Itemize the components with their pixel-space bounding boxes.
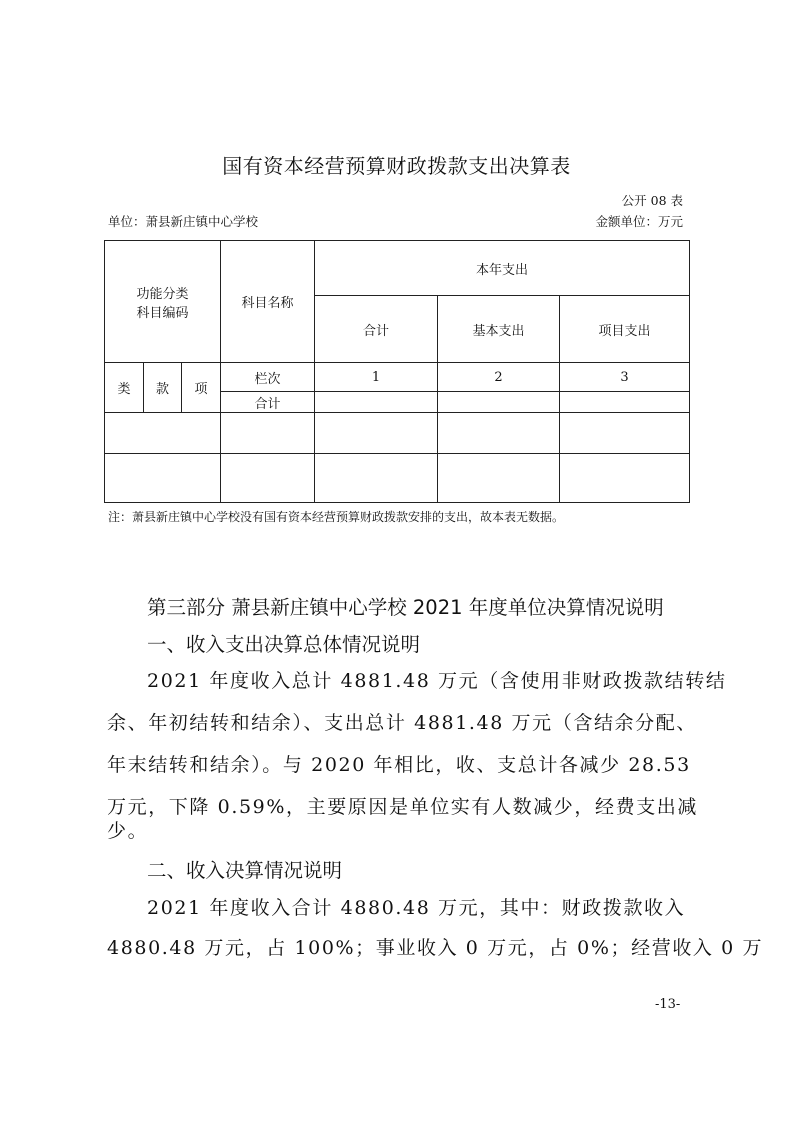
header-func-code: 功能分类 科目编码 [105, 241, 221, 363]
header-current-year: 本年支出 [315, 241, 690, 296]
paragraph-line: 少。 [107, 816, 148, 843]
header-project: 项目支出 [560, 296, 690, 363]
form-number: 公开 08 表 [622, 191, 683, 209]
amount-unit: 金额单位：万元 [595, 212, 683, 230]
header-kuan: 款 [144, 363, 182, 413]
paragraph-line: 余、年初结转和结余）、支出总计 4881.48 万元（含结余分配、 [107, 708, 697, 735]
header-basic: 基本支出 [438, 296, 560, 363]
table-note: 注：萧县新庄镇中心学校没有国有资本经营预算财政拨款安排的支出，故本表无数据。 [108, 508, 564, 525]
paragraph-line: 万元，下降 0.59%，主要原因是单位实有人数减少，经费支出减 [107, 792, 698, 819]
table-title: 国有资本经营预算财政拨款支出决算表 [0, 150, 793, 179]
table-row [105, 454, 690, 503]
sum-basic [438, 392, 560, 413]
unit-label: 单位：萧县新庄镇中心学校 [108, 212, 258, 230]
section2-title: 二、收入决算情况说明 [147, 855, 342, 883]
column-no-label: 栏次 [221, 363, 315, 392]
header-total: 合计 [315, 296, 438, 363]
table-row [105, 413, 690, 454]
col-2: 2 [438, 363, 560, 392]
col-3: 3 [560, 363, 690, 392]
header-xiang: 项 [182, 363, 221, 413]
paragraph-line: 年末结转和结余）。与 2020 年相比，收、支总计各减少 28.53 [107, 750, 691, 777]
sum-total [315, 392, 438, 413]
page-number: -13- [655, 997, 680, 1012]
header-lei: 类 [105, 363, 144, 413]
paragraph-line: 2021 年度收入总计 4881.48 万元（含使用非财政拨款结转结 [147, 666, 726, 693]
part-title: 第三部分 萧县新庄镇中心学校 2021 年度单位决算情况说明 [147, 592, 664, 620]
sum-row-label: 合计 [221, 392, 315, 413]
paragraph-line: 2021 年度收入合计 4880.48 万元，其中：财政拨款收入 [147, 893, 685, 920]
sum-project [560, 392, 690, 413]
paragraph-line: 4880.48 万元，占 100%；事业收入 0 万元，占 0%；经营收入 0 … [107, 933, 763, 960]
section1-title: 一、收入支出决算总体情况说明 [147, 629, 420, 657]
header-subject-name: 科目名称 [221, 241, 315, 363]
budget-table: 功能分类 科目编码 科目名称 本年支出 合计 基本支出 项目支出 类 款 项 栏… [104, 240, 690, 503]
col-1: 1 [315, 363, 438, 392]
